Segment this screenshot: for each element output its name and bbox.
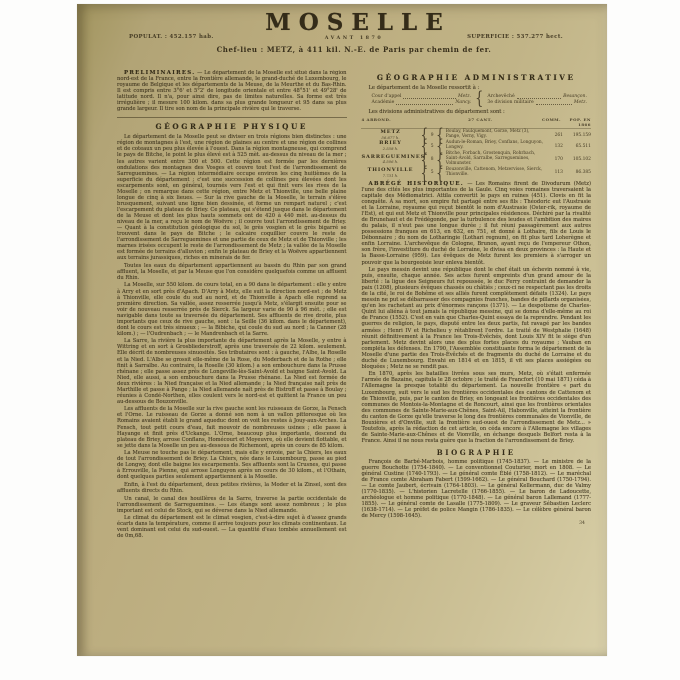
right-column: GÉOGRAPHIE ADMINISTRATIVE Le département…	[361, 70, 591, 636]
brace-glyph: {	[475, 89, 483, 109]
preliminaires-text: — Le département de la Moselle est situé…	[117, 70, 347, 112]
page-header: POPULAT. : 452.157 hab. MOSELLE AVANT 18…	[117, 12, 591, 64]
body-paragraph: François de Barbé-Marbois, homme politiq…	[361, 459, 591, 519]
body-paragraph: Le département de la Moselle peut se div…	[117, 134, 347, 261]
cantons-count: 5	[429, 144, 435, 149]
historique-lead-text: — Les Romains firent de Divodurum (Metz)…	[361, 181, 591, 266]
geographie-physique-paragraphs: Le département de la Moselle peut se div…	[117, 134, 347, 539]
row-numbers: 261 195.159	[545, 133, 591, 138]
population-1866: 86.385	[563, 170, 591, 175]
cantons-count: 8	[429, 157, 435, 162]
chef-lieu-prefix: Chef-lieu :	[217, 45, 267, 54]
jurisdiction-label: Académie	[371, 100, 394, 106]
two-column-body: PRÉLIMINAIRES. — Le département de la Mo…	[117, 70, 591, 636]
jurisdiction-label: 3e division militaire	[487, 100, 533, 106]
dotted-leader	[403, 95, 456, 99]
jurisdiction-item: 3e division militaire Metz.	[487, 100, 587, 106]
jurisdiction-right-list: Archevêché Besançon. 3e division militai…	[487, 94, 587, 106]
population-1866: 65.511	[563, 144, 591, 149]
arrondissement-name-block: METZ 56.677 h.	[361, 130, 419, 140]
admin-intro-2: Les divisions administratives du départe…	[361, 109, 591, 115]
arrondissements-table: 4 ARROND. 27 CANT. COMM. POP. EN 1866 ME…	[361, 117, 591, 178]
body-paragraph: Enfin, à l'est du département, deux peti…	[117, 482, 347, 494]
dotted-leader	[536, 101, 572, 105]
col-header-arrond: 4 ARROND.	[361, 117, 419, 127]
arrondissement-name-block: SARREGUEMINES 4.506 h.	[361, 155, 419, 165]
col-header-population: POP. EN 1866	[561, 117, 591, 127]
dotted-leader	[396, 101, 453, 105]
jurisdiction-value: Nancy.	[455, 100, 471, 106]
cantons-list: Bouzonville, Cattenom, Metzervisse, Sier…	[445, 168, 545, 178]
cantons-count: 5	[429, 170, 435, 175]
page-title: MOSELLE	[125, 12, 591, 34]
table-row: BRIEY 2.558 h. { 5 { Audun-le-Roman, Bri…	[361, 141, 591, 151]
communes-count: 261	[545, 133, 563, 138]
arrondissements-table-header: 4 ARROND. 27 CANT. COMM. POP. EN 1866	[361, 117, 591, 129]
arrondissement-chef-pop: 7.731 h.	[361, 174, 419, 178]
body-paragraph: La Sarre, la rivière la plus importante …	[117, 338, 347, 405]
section-heading-geographie-physique: GÉOGRAPHIE PHYSIQUE	[117, 117, 347, 131]
dotted-leader	[517, 95, 561, 99]
cantons-list: Boulay, Faulquemont, Gorze, Metz (3), Pa…	[445, 130, 545, 140]
arrondissement-name-block: BRIEY 2.558 h.	[361, 141, 419, 151]
body-paragraph: La Moselle, sur 550 kilom. de cours tota…	[117, 282, 347, 336]
superficie-value: 537.277 hect.	[517, 34, 563, 40]
arrondissement-chef-pop: 56.677 h.	[361, 136, 419, 140]
chef-lieu-line: Chef-lieu : METZ, à 411 kil. N.-E. de Pa…	[117, 45, 591, 54]
cantons-count: 9	[429, 133, 435, 138]
historique-paragraphs: Le pays messin devint une république don…	[361, 267, 591, 444]
jurisdiction-item: Académie Nancy.	[371, 100, 471, 106]
preliminaires-paragraph: PRÉLIMINAIRES. — Le département de la Mo…	[117, 70, 347, 112]
superficie-label: SUPERFICIE :	[467, 34, 514, 40]
arrondissement-name-block: THIONVILLE 7.731 h.	[361, 168, 419, 178]
chef-lieu-rest: à 411 kil. N.-E. de Paris par chemin de …	[296, 45, 492, 54]
population-value: 452.157 hab.	[170, 34, 214, 40]
communes-count: 113	[545, 170, 563, 175]
row-numbers: 132 65.511	[545, 144, 591, 149]
col-header-communes: COMM.	[541, 117, 561, 127]
arrondissements-rows: METZ 56.677 h. { 9 { Boulay, Faulquemont…	[361, 130, 591, 178]
population-note: POPULAT. : 452.157 hab.	[129, 34, 214, 40]
communes-count: 170	[545, 157, 563, 162]
jurisdiction-block: Cour d'appel Metz. Académie Nancy. {	[371, 92, 587, 107]
scanned-page: POPULAT. : 452.157 hab. MOSELLE AVANT 18…	[77, 4, 607, 656]
table-row: THIONVILLE 7.731 h. { 5 { Bouzonville, C…	[361, 168, 591, 178]
body-paragraph: Toutes les eaux du département appartien…	[117, 263, 347, 281]
jurisdiction-left-list: Cour d'appel Metz. Académie Nancy.	[371, 94, 471, 106]
body-paragraph: La Meuse ne touche pas le département, m…	[117, 450, 347, 480]
row-numbers: 113 86.385	[545, 170, 591, 175]
body-paragraph: Le pays messin devint une république don…	[361, 267, 591, 370]
body-paragraph: Les affluents de la Moselle sur la rive …	[117, 406, 347, 448]
historique-lead-paragraph: ABRÉGÉ HISTORIQUE. — Les Romains firent …	[361, 181, 591, 266]
section-heading-geographie-administrative: GÉOGRAPHIE ADMINISTRATIVE	[361, 72, 591, 82]
page-number: 34	[361, 521, 591, 526]
body-paragraph: Le climat du département est le climat v…	[117, 515, 347, 539]
column-divider-rule	[354, 70, 355, 636]
superficie-note: SUPERFICIE : 537.277 hect.	[467, 34, 563, 40]
population-1866: 105.102	[563, 157, 591, 162]
brace-glyph: {	[436, 165, 444, 180]
population-1866: 195.159	[563, 133, 591, 138]
arrondissement-chef-pop: 4.506 h.	[361, 160, 419, 164]
communes-count: 132	[545, 144, 563, 149]
screenshot-stage: POPULAT. : 452.157 hab. MOSELLE AVANT 18…	[0, 0, 680, 680]
jurisdiction-value: Metz.	[574, 100, 587, 106]
body-paragraph: Un canal, le canal des houillères de la …	[117, 496, 347, 514]
population-label: POPULAT. :	[129, 34, 167, 40]
table-row: SARREGUEMINES 4.506 h. { 8 { Bitche, For…	[361, 152, 591, 167]
arrondissement-chef-pop: 2.558 h.	[361, 147, 419, 151]
section-heading-biographie: BIOGRAPHIE	[361, 448, 591, 457]
left-column: PRÉLIMINAIRES. — Le département de la Mo…	[117, 70, 347, 636]
cantons-list: Audun-le-Roman, Briey, Conflans, Longuyo…	[445, 141, 545, 151]
body-paragraph: En 1870, après les batailles livrées sou…	[361, 371, 591, 444]
biographie-paragraphs: François de Barbé-Marbois, homme politiq…	[361, 459, 591, 519]
chef-lieu-place: METZ,	[267, 45, 296, 54]
table-row: METZ 56.677 h. { 9 { Boulay, Faulquemont…	[361, 130, 591, 140]
cantons-list: Bitche, Forbach, Grostenquin, Rohrbach, …	[445, 152, 545, 167]
row-numbers: 170 105.102	[545, 157, 591, 162]
brace-glyph: {	[420, 165, 428, 180]
